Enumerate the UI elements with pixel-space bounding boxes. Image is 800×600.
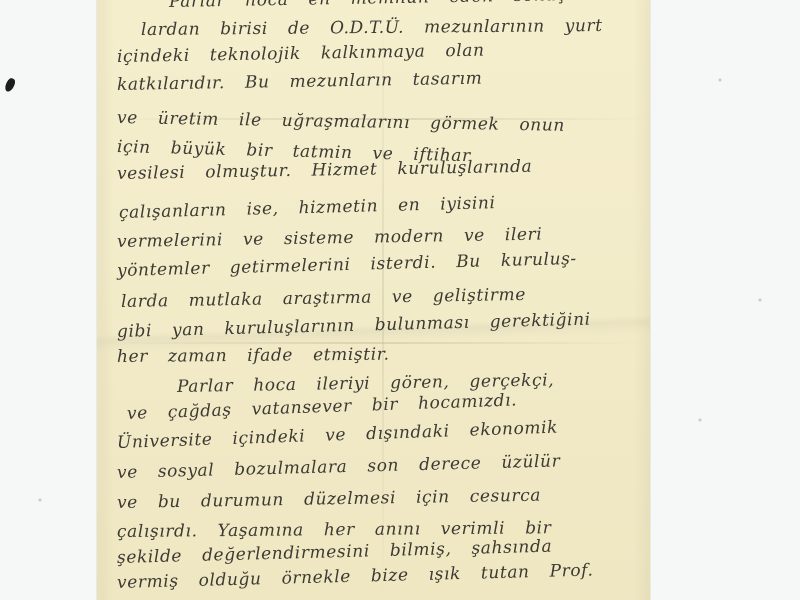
- letter-line: her zaman ifade etmiştir.: [117, 345, 390, 367]
- letter-page: Parlar hoca en memnun eden sonuç- lardan…: [97, 0, 650, 600]
- letter-line: vesilesi olmuştur. Hizmet kuruluşlarında: [117, 157, 533, 184]
- letter-line: Parlar hoca en memnun eden sonuç-: [169, 0, 574, 12]
- letter-line: vermelerini ve sisteme modern ve ileri: [117, 225, 543, 252]
- letter-line: katkılarıdır. Bu mezunların tasarım: [117, 69, 483, 95]
- letter-body: Parlar hoca en memnun eden sonuç- lardan…: [97, 0, 650, 600]
- letter-line: içindeki teknolojik kalkınmaya olan: [117, 41, 485, 67]
- letter-line: ve sosyal bozulmalara son derece üzülür: [117, 451, 561, 483]
- letter-line: lardan birisi de O.D.T.Ü. mezunlarının y…: [141, 16, 603, 40]
- letter-line: gibi yan kuruluşlarının bulunması gerekt…: [117, 310, 591, 342]
- letter-line: ve üretim ile uğraşmalarını görmek onun: [117, 108, 565, 136]
- letter-line: larda mutlaka araştırma ve geliştirme: [121, 285, 526, 312]
- letter-line: Üniversite içindeki ve dışındaki ekonomi…: [117, 418, 559, 453]
- letter-line: yöntemler getirmelerini isterdi. Bu kuru…: [117, 249, 577, 281]
- letter-line: ve bu durumun düzelmesi için cesurca: [117, 486, 541, 513]
- letter-line: çalışanların ise, hizmetin en iyisini: [119, 193, 496, 223]
